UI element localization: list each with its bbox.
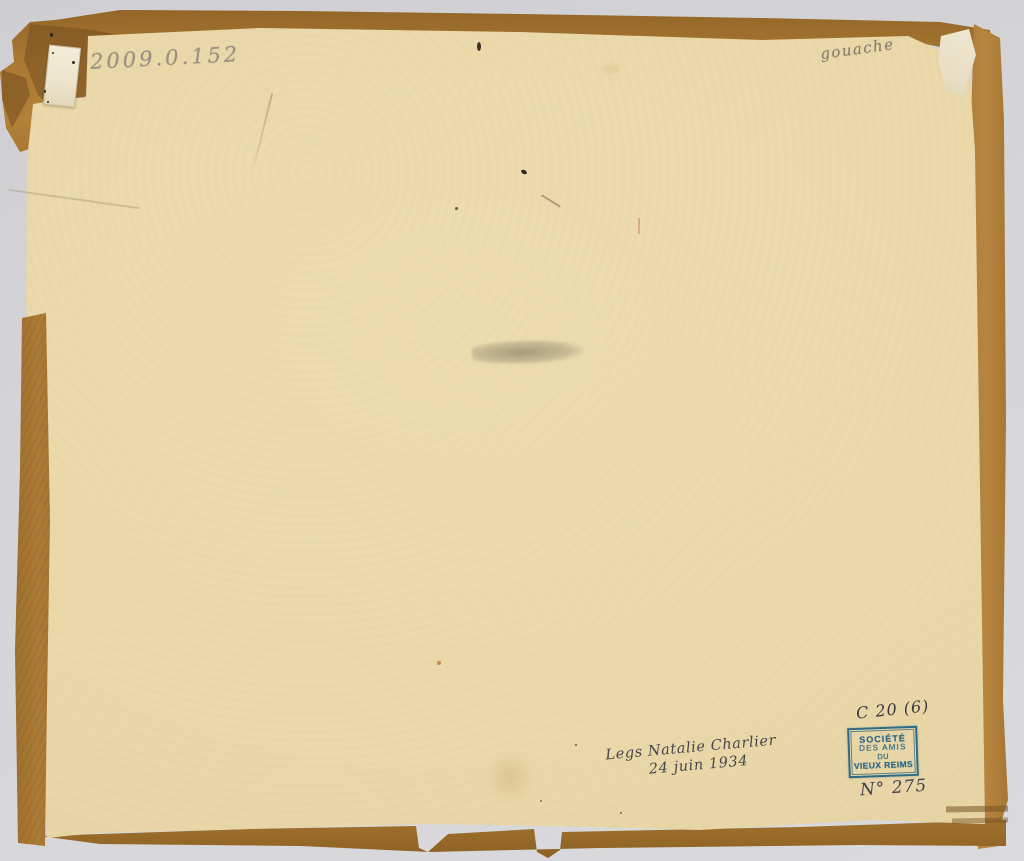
stamp-text-block: SOCIÉTÉ DES AMIS DU VIEUX REIMS — [850, 729, 915, 775]
discoloration-stain — [600, 62, 622, 76]
cardboard-layer-edge — [952, 818, 1008, 824]
graphite-smudge — [472, 338, 585, 366]
tape-remnant-top-left — [43, 44, 81, 107]
ink-fleck — [575, 744, 577, 746]
ink-fleck — [477, 42, 481, 51]
ink-fleck — [72, 61, 75, 64]
discoloration-stain — [486, 752, 534, 804]
stamp-line4: VIEUX REIMS — [854, 760, 913, 772]
rust-spot — [437, 661, 441, 665]
artwork-verso-photo: 2009.0.152 gouache Legs Natalie Charlier… — [0, 0, 1024, 861]
red-scratch-mark — [638, 218, 640, 234]
ink-fleck — [455, 207, 458, 210]
ink-fleck — [540, 800, 542, 802]
ink-fleck — [620, 812, 622, 814]
cardboard-layer-edge — [946, 805, 1008, 812]
ink-fleck — [50, 33, 53, 37]
societe-amis-vieux-reims-stamp: SOCIÉTÉ DES AMIS DU VIEUX REIMS — [847, 726, 919, 778]
ink-fleck — [47, 101, 49, 103]
ink-fleck — [44, 90, 46, 93]
ink-fleck — [52, 52, 54, 54]
